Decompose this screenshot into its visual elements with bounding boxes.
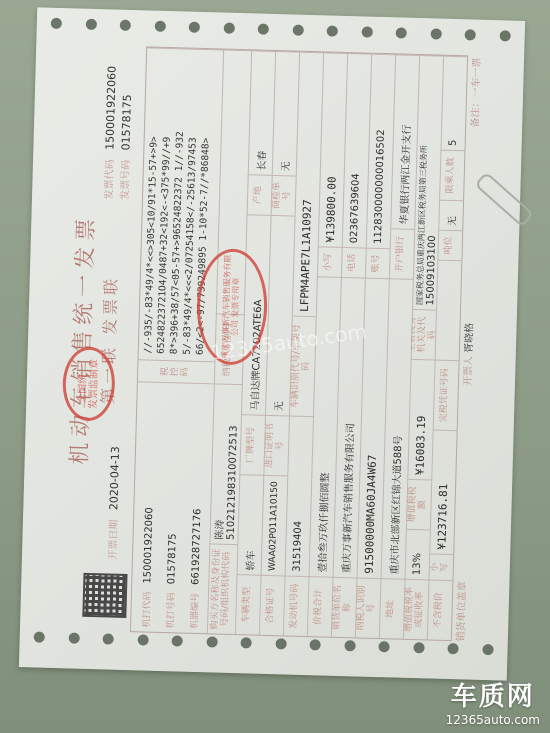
machine-serial-label: 机器编号 [190, 593, 201, 629]
total-small-label: 小写 [317, 246, 342, 277]
invoice-title: 机动车销售统一发票 第一联 发票联 [62, 188, 124, 489]
tax-authority-label: 主管税务机关及代码 [411, 309, 436, 360]
invoice-code-value: 150001922060 [103, 66, 118, 150]
hole [430, 28, 441, 39]
invoice-code-label: 发票代码 [104, 159, 116, 199]
import-cert-label: 进口证明书号 [263, 415, 289, 476]
machine-code-value: 150001922060 [142, 507, 155, 584]
seats-label: 限乘人数 [439, 150, 464, 201]
hole [499, 30, 510, 41]
hole [154, 20, 165, 31]
machine-code-label: 机打代码 [142, 591, 153, 627]
logo-url: 12365auto.com [446, 713, 540, 727]
buyer-value: 陈涛 510212198310072513 [209, 383, 241, 544]
tonnage-value: 无 [438, 200, 463, 231]
bank-label: 开户银行 [389, 228, 414, 279]
net-price-value: ¥123716.81 [429, 430, 456, 555]
certificate-label: 合格证号 [259, 575, 285, 636]
vat-amount-label: 增值税税额 [406, 479, 431, 530]
remark-label: 备注 [470, 107, 482, 127]
hole [51, 17, 62, 28]
phone-label: 电话 [341, 247, 366, 278]
seats-value: 5 [440, 56, 467, 151]
issuer-label: 开票人 [463, 356, 475, 386]
brand-model-label: 厂牌型号 [239, 414, 265, 475]
tonnage-label: 吨位 [437, 230, 462, 261]
seller-stamp-label: 销货单位盖章 [456, 581, 469, 641]
hole [258, 23, 269, 34]
invoice-date: 开票日期 2020-04-13 [104, 446, 122, 560]
remark-value: 一车一票 [471, 57, 483, 97]
vehicle-type-value: 轿车 [237, 474, 264, 575]
origin-label: 产地 [247, 174, 272, 215]
tax-paid-label: 完税凭证号码 [433, 360, 459, 431]
buyer-label: 购买方名称及身份证号码/组织机构代码 [207, 543, 238, 634]
vat-rate-label: 增值税税率或征收率 [403, 579, 429, 640]
issuer-value: 胥晓格 [464, 323, 476, 353]
invoice-number: 发票号码 01578175 [116, 94, 134, 200]
invoice-date-value: 2020-04-13 [107, 446, 122, 510]
tax-paid-value [435, 260, 462, 361]
invoice-number-label: 发票号码 [120, 160, 132, 200]
total-label: 价税合计 [307, 576, 333, 637]
hole [482, 643, 493, 654]
hole [292, 24, 303, 35]
address-label: 地址 [379, 578, 405, 639]
hole [85, 18, 96, 29]
hole [120, 19, 131, 30]
engine-label: 发动机号码 [283, 575, 309, 636]
seller-tax-label: 纳税人识别号 [355, 577, 381, 638]
certificate-value: WAA02P011A10150 [261, 475, 288, 576]
net-price-label: 不含税价 [427, 579, 453, 640]
tractor-holes-top [51, 16, 511, 43]
seller-label: 销货单位名称 [331, 577, 357, 638]
vehicle-type-label: 车辆类型 [235, 574, 261, 635]
net-price-small-label: 小写 [428, 553, 453, 580]
vat-amount-value: ¥16083.19 [407, 359, 434, 480]
machine-serial-value: 661928727176 [190, 508, 203, 585]
hole [223, 22, 234, 33]
buyer-name: 陈涛 [211, 519, 227, 539]
vat-rate-value: 13% [404, 529, 429, 580]
hole [189, 21, 200, 32]
hole [327, 25, 338, 36]
hole [396, 27, 407, 38]
invoice-date-label: 开票日期 [108, 520, 120, 560]
remark-field: 备注：一车一票 [466, 57, 483, 127]
seller-stamp-field: 销货单位盖章 [452, 581, 469, 641]
logo-name: 车质网 [446, 676, 540, 713]
origin-value: 长春 [248, 50, 275, 175]
tax-control-label: 税控码 [138, 359, 215, 383]
invoice-number-value: 01578175 [119, 94, 134, 150]
machine-number-value: 01578175 [166, 533, 178, 584]
site-logo: 车质网 12365auto.com [446, 676, 540, 727]
inspection-value: 无 [272, 51, 299, 176]
qr-code-icon [82, 573, 127, 618]
machine-info: 机打代码150001922060 机打号码01578175 机器编号661928… [131, 381, 214, 633]
machine-number-label: 机打号码 [166, 592, 177, 628]
hole [465, 29, 476, 40]
issuer-field: 开票人 胥晓格 [459, 323, 476, 387]
account-label: 账号 [365, 248, 390, 279]
hole [361, 26, 372, 37]
inspection-label: 商检单号 [271, 175, 296, 216]
